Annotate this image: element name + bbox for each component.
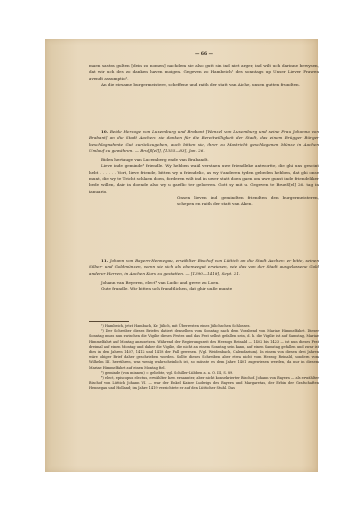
entry-10-number: 10.	[101, 129, 108, 134]
opening-paragraph: maen sastra gulten [dein zo nomen] nachd…	[89, 63, 319, 82]
entry-10-summary: 10. Beide Herzoge von Luxemburg und Brab…	[89, 129, 319, 154]
opening-letter-end: maen sastra gulten [dein zo nomen] nachd…	[89, 63, 319, 88]
entry-10-address: Onsen lieven ind gemindten friendten den…	[89, 195, 319, 208]
page-number: — 66 —	[89, 52, 319, 58]
entry-11-summary: 11. Johann von Bayern-Hennegau, erwählte…	[89, 258, 319, 277]
opening-address: An die eirsame burgermeistere, scheffene…	[89, 82, 319, 88]
footnotes: ¹) Hambeich, jetzt Hambach, Kr. Jülich, …	[89, 324, 319, 392]
entry-11: 11. Johann von Bayern-Hennegau, erwählte…	[89, 258, 319, 292]
entry-11-number: 11.	[101, 258, 108, 263]
entry-11-summary-text: Johann von Bayern-Hennegau, erwählter Bi…	[89, 258, 319, 276]
footnote-2: ²) Der Schreiber dieses Briefes datiert …	[89, 329, 319, 371]
entry-10-body: Lieve inde geminde³ friendle. Wy hebben …	[89, 163, 319, 194]
footnote-divider	[89, 321, 129, 322]
entry-11-body-start: Gute frundle. Wir bitten uch frundtliche…	[89, 286, 319, 292]
scanned-page: — 66 — maen sastra gulten [dein zo nomen…	[45, 39, 318, 472]
footnote-4: ⁴) elect, episcopus electus, erwählter b…	[89, 376, 319, 392]
entry-10-summary-text: Beide Herzoge von Luxemburg und Brabant …	[89, 129, 319, 153]
entry-10: 10. Beide Herzoge von Luxemburg und Brab…	[89, 129, 319, 208]
